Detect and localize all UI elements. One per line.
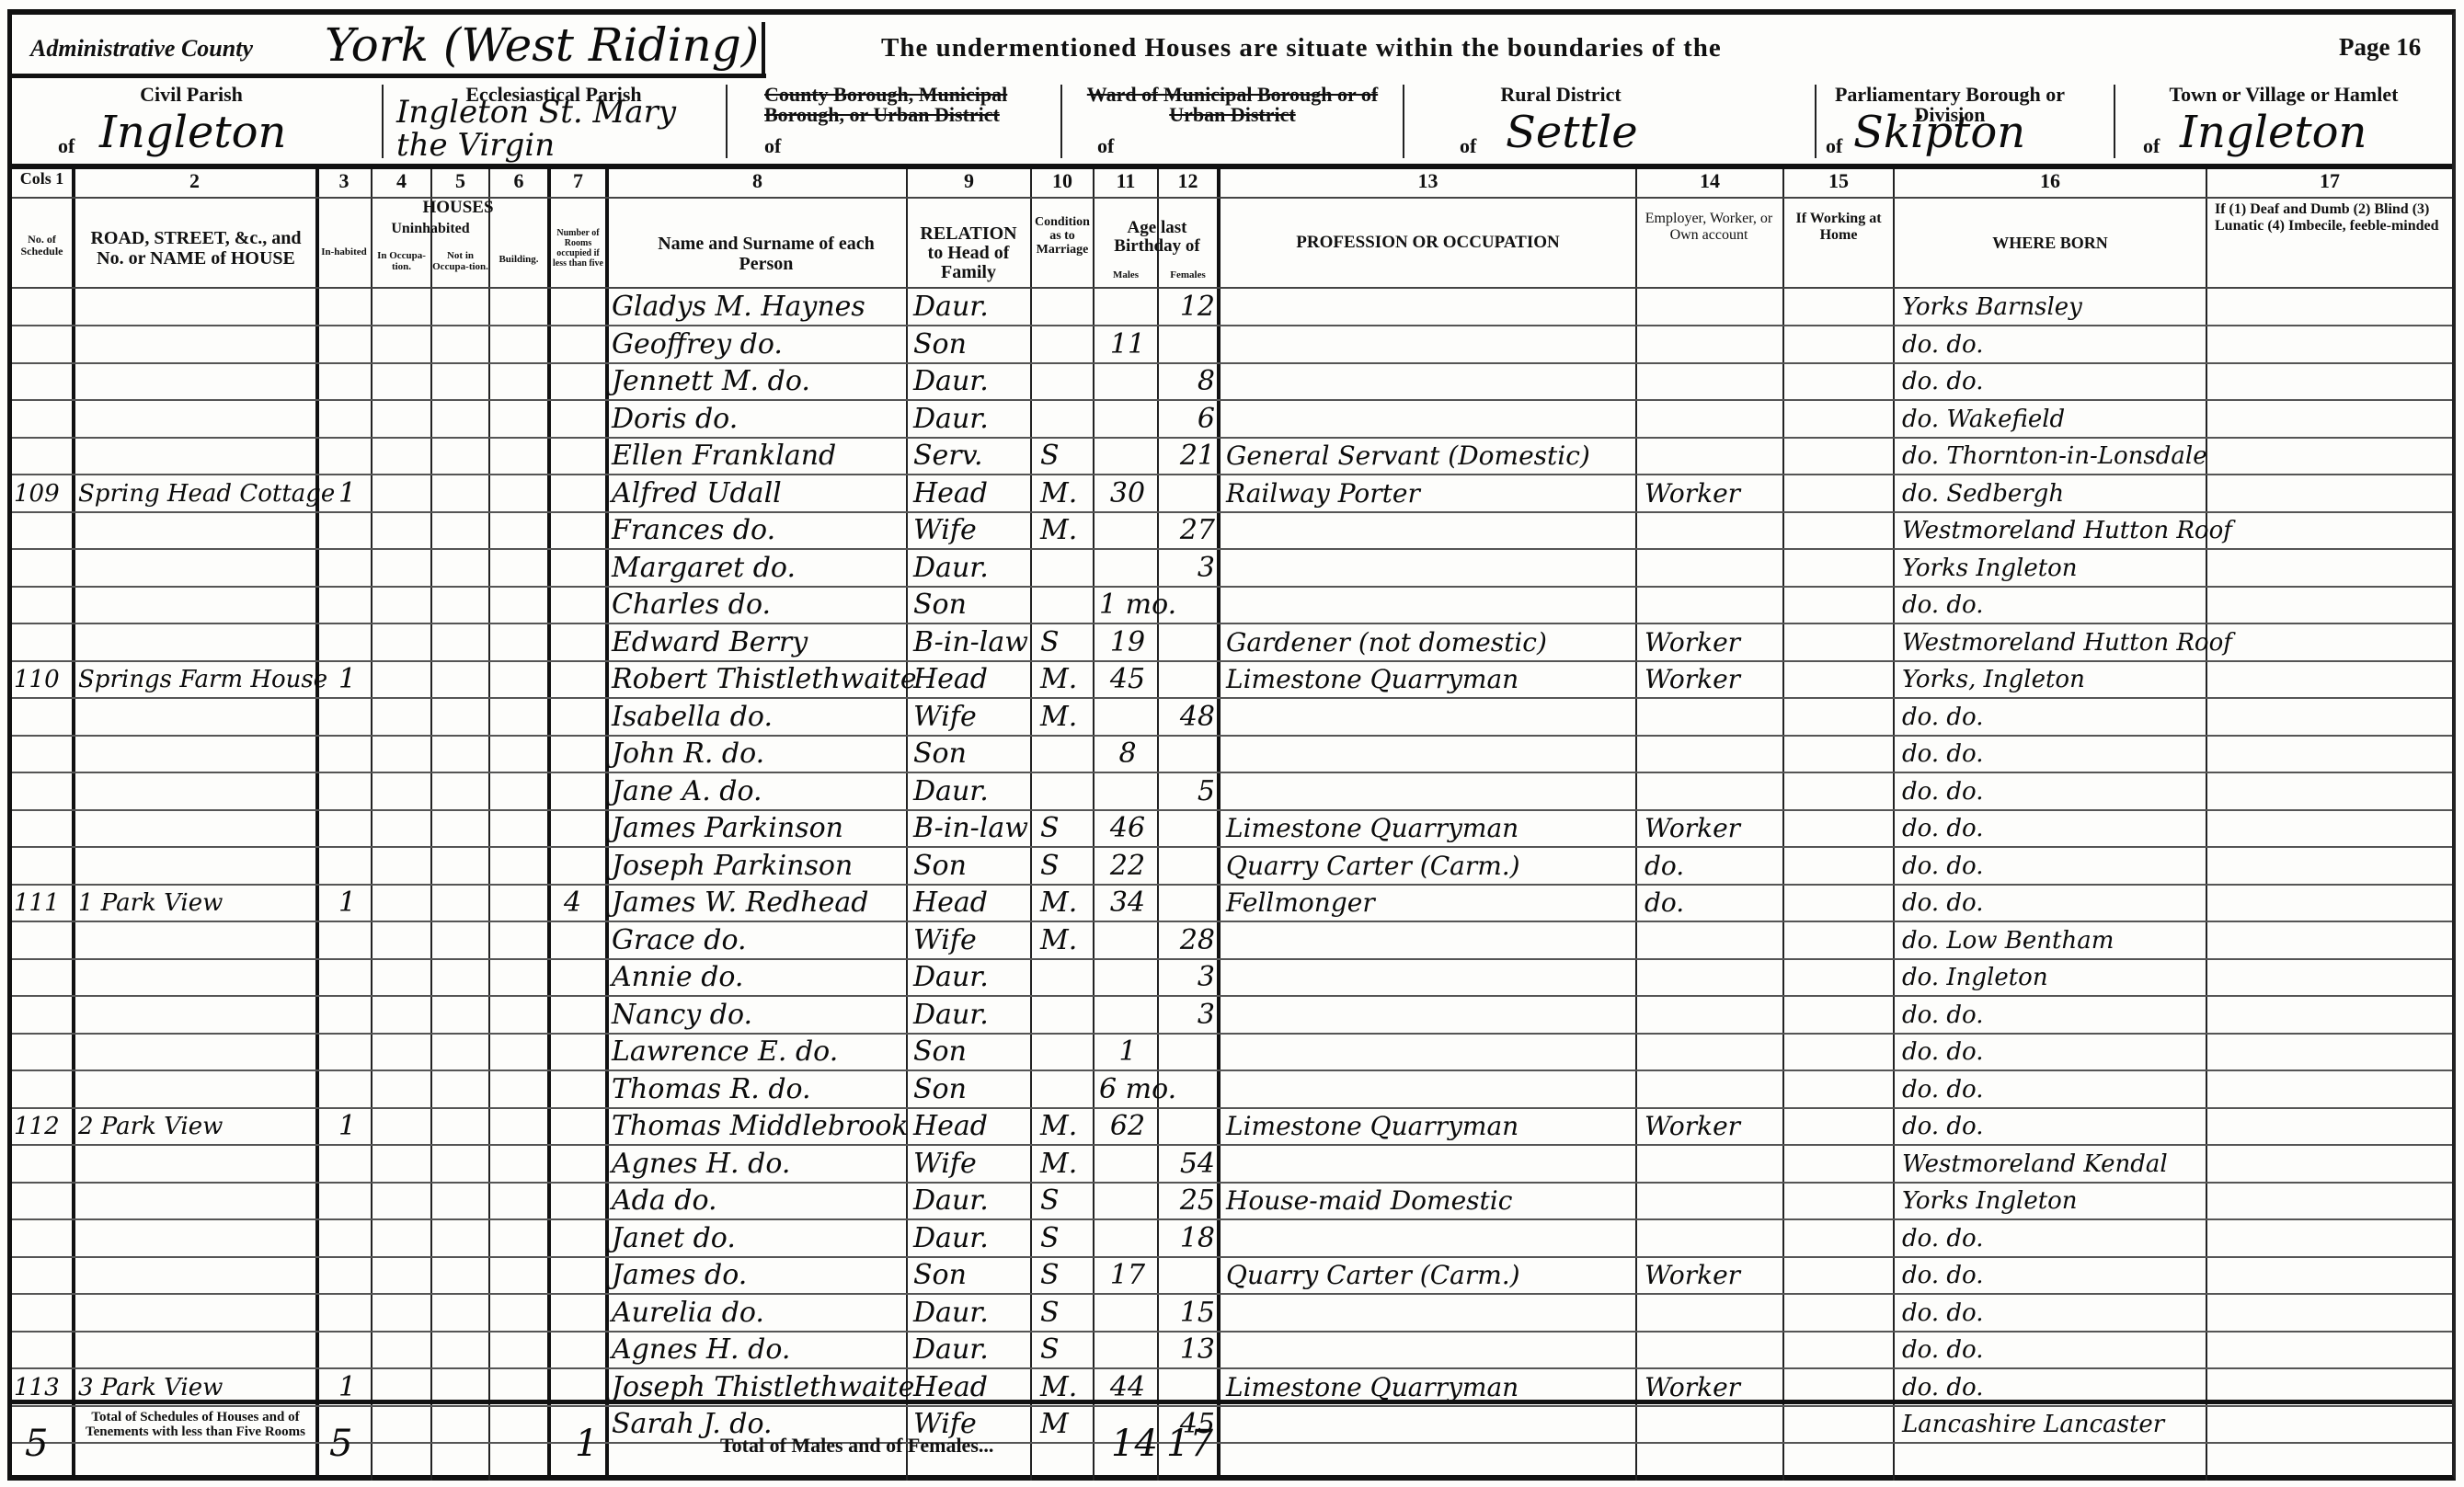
divider: [762, 22, 765, 77]
header-houses: HOUSES: [371, 199, 545, 217]
birthplace: Westmoreland Hutton Roof: [1902, 626, 2204, 659]
birthplace: do. do.: [1902, 850, 2204, 883]
person-name: Aurelia do.: [612, 1297, 904, 1330]
relation: B-in-law: [913, 812, 1028, 845]
table-row: Jane A. do. Daur. 5 do. do.: [12, 773, 2452, 811]
person-name: Agnes H. do.: [612, 1333, 904, 1367]
header-males: Males: [1094, 266, 1157, 284]
employment-status: Worker: [1645, 1110, 1781, 1143]
header-females: Females: [1159, 266, 1217, 284]
table-row: Ellen Frankland Serv. S 21 General Serva…: [12, 438, 2452, 475]
birthplace: do. do.: [1902, 1259, 2204, 1292]
marital-condition: M.: [1040, 924, 1091, 957]
relation: Daur.: [913, 291, 1028, 324]
table-row: James Parkinson B-in-law S 46 Limestone …: [12, 810, 2452, 848]
table-row: John R. do. Son 8 do. do.: [12, 736, 2452, 773]
marital-condition: S: [1040, 812, 1091, 845]
column-number: 4: [372, 169, 430, 193]
person-name: Margaret do.: [612, 552, 904, 585]
area-prefix: of: [1460, 134, 1476, 158]
marital-condition: S: [1040, 440, 1091, 473]
county-borough: County Borough, Municipal Borough, or Ur…: [728, 75, 1031, 164]
female-age: 8: [1162, 365, 1215, 398]
relation: Head: [913, 1110, 1028, 1143]
total-males: 14: [1111, 1423, 1158, 1465]
relation: Daur.: [913, 1297, 1028, 1330]
birthplace: do. do.: [1902, 812, 2204, 845]
relation: Daur.: [913, 775, 1028, 808]
inhabited-count: 1: [338, 1110, 366, 1143]
column-number: 13: [1221, 169, 1635, 193]
occupation: Limestone Quarryman: [1226, 663, 1631, 696]
admin-county-line: Administrative County York (West Riding): [12, 15, 766, 78]
marital-condition: M.: [1040, 1110, 1091, 1143]
header-condition: Condition as to Marriage: [1032, 215, 1093, 257]
employment-status: Worker: [1645, 812, 1781, 845]
female-age: 3: [1162, 552, 1215, 585]
inhabited-count: 1: [338, 477, 366, 510]
area-title: Civil Parish: [12, 85, 371, 105]
table-row: Charles do. Son 1 mo. do. do.: [12, 587, 2452, 624]
relation: Wife: [913, 514, 1028, 547]
marital-condition: M.: [1040, 1148, 1091, 1181]
area-value: Ingleton: [99, 107, 286, 158]
area-prefix: of: [764, 134, 781, 158]
person-name: Frances do.: [612, 514, 904, 547]
relation: Daur.: [913, 999, 1028, 1032]
relation: Son: [913, 738, 1028, 771]
schedule-number: 109: [14, 477, 69, 510]
occupation: Limestone Quarryman: [1226, 1110, 1631, 1143]
person-name: Ada do.: [612, 1184, 904, 1218]
area-value: Skipton: [1853, 107, 2025, 158]
column-number: 8: [609, 169, 906, 193]
person-name: Robert Thistlethwaite: [612, 663, 904, 696]
area-boundaries: Civil Parish of Ingleton Ecclesiastical …: [12, 75, 2452, 169]
person-name: Lawrence E. do.: [612, 1035, 904, 1069]
header-schedule: No. of Schedule: [12, 234, 72, 257]
birthplace: Yorks Barnsley: [1902, 291, 2204, 324]
column-number: 9: [908, 169, 1030, 193]
table-row: Margaret do. Daur. 3 Yorks Ingleton: [12, 550, 2452, 588]
marital-condition: M.: [1040, 886, 1091, 920]
table-row: Jennett M. do. Daur. 8 do. do.: [12, 363, 2452, 401]
relation: Wife: [913, 924, 1028, 957]
column-number: 3: [317, 169, 371, 193]
occupation: Limestone Quarryman: [1226, 812, 1631, 845]
relation: Daur.: [913, 1184, 1028, 1218]
marital-condition: M.: [1040, 701, 1091, 734]
ecclesiastical-parish: Ecclesiastical Parish Ingleton St. Mary …: [384, 75, 724, 164]
column-number: 16: [1895, 169, 2206, 193]
male-age: 30: [1099, 477, 1156, 510]
census-table: Cols 1 2 3 4 5 6 7 8 9 10 11 12 13 14 15…: [12, 169, 2452, 1481]
relation: B-in-law: [913, 626, 1028, 659]
occupation: Gardener (not domestic): [1226, 626, 1631, 659]
marital-condition: S: [1040, 1184, 1091, 1218]
relation: Head: [913, 477, 1028, 510]
birthplace: do. Low Bentham: [1902, 924, 2204, 957]
boundary-notice: The undermentioned Houses are situate wi…: [881, 33, 1722, 63]
table-row: 110 Springs Farm House 1 Robert Thistlet…: [12, 661, 2452, 699]
admin-county-label: Administrative County: [30, 35, 253, 63]
header-in-occupation: In Occupa-tion.: [372, 250, 430, 272]
area-value: Settle: [1506, 107, 1638, 158]
house-address: Spring Head Cottage: [78, 477, 313, 510]
occupation: Railway Porter: [1226, 477, 1631, 510]
birthplace: do. do.: [1902, 1333, 2204, 1367]
column-number: 14: [1637, 169, 1782, 193]
person-name: Isabella do.: [612, 701, 904, 734]
column-number: 10: [1032, 169, 1093, 193]
occupation: General Servant (Domestic): [1226, 440, 1631, 473]
relation: Son: [913, 328, 1028, 361]
header-not-in-occupation: Not in Occupa-tion.: [432, 250, 488, 272]
birthplace: Yorks Ingleton: [1902, 552, 2204, 585]
female-age: 48: [1162, 701, 1215, 734]
female-age: 6: [1162, 403, 1215, 436]
header-at-home: If Working at Home: [1787, 211, 1890, 244]
area-prefix: of: [2143, 134, 2160, 158]
header-relation: RELATION to Head of Family: [913, 224, 1024, 282]
total-inhabited: 5: [329, 1423, 352, 1465]
birthplace: Westmoreland Hutton Roof: [1902, 514, 2204, 547]
person-name: Agnes H. do.: [612, 1148, 904, 1181]
birthplace: Yorks Ingleton: [1902, 1184, 2204, 1218]
rooms-count: 4: [564, 886, 601, 920]
male-age: 17: [1099, 1259, 1156, 1292]
person-name: Grace do.: [612, 924, 904, 957]
relation: Daur.: [913, 552, 1028, 585]
relation: Head: [913, 663, 1028, 696]
census-page: Administrative County York (West Riding)…: [7, 9, 2456, 1481]
relation: Daur.: [913, 365, 1028, 398]
person-name: Nancy do.: [612, 999, 904, 1032]
occupation: Fellmonger: [1226, 886, 1631, 920]
area-value: Ingleton: [2180, 107, 2367, 158]
female-age: 13: [1162, 1333, 1215, 1367]
ward: Ward of Municipal Borough or of Urban Di…: [1062, 75, 1403, 164]
relation: Son: [913, 1035, 1028, 1069]
male-age: 11: [1099, 328, 1156, 361]
male-age: 1 mo.: [1099, 589, 1156, 622]
female-age: 21: [1162, 440, 1215, 473]
occupation: Quarry Carter (Carm.): [1226, 850, 1631, 883]
birthplace: do. do.: [1902, 589, 2204, 622]
birthplace: do. do.: [1902, 328, 2204, 361]
relation: Wife: [913, 1148, 1028, 1181]
person-name: Janet do.: [612, 1222, 904, 1255]
area-prefix: of: [1097, 134, 1114, 158]
header-infirmity: If (1) Deaf and Dumb (2) Blind (3) Lunat…: [2215, 201, 2445, 234]
person-name: Annie do.: [612, 961, 904, 994]
female-age: 28: [1162, 924, 1215, 957]
town-village: Town or Village or Hamlet of Ingleton: [2115, 75, 2452, 164]
header-uninhabited: Uninhabited: [372, 220, 488, 238]
table-row: Agnes H. do. Daur. S 13 do. do.: [12, 1332, 2452, 1369]
area-title: Ward of Municipal Borough or of Urban Di…: [1062, 85, 1403, 125]
table-row: Nancy do. Daur. 3 do. do.: [12, 997, 2452, 1035]
column-number: 17: [2207, 169, 2452, 193]
table-row: 112 2 Park View 1 Thomas Middlebrook Hea…: [12, 1108, 2452, 1146]
occupation: House-maid Domestic: [1226, 1184, 1631, 1218]
person-name: Ellen Frankland: [612, 440, 904, 473]
employment-status: do.: [1645, 886, 1781, 920]
employment-status: do.: [1645, 850, 1781, 883]
table-row: 111 1 Park View 1 4 James W. Redhead Hea…: [12, 885, 2452, 922]
admin-county-value: York (West Riding): [325, 18, 759, 72]
occupation: Quarry Carter (Carm.): [1226, 1259, 1631, 1292]
male-age: 34: [1099, 886, 1156, 920]
marital-condition: M.: [1040, 514, 1091, 547]
total-schedules: 5: [25, 1423, 48, 1465]
person-name: Thomas Middlebrook: [612, 1110, 904, 1143]
birthplace: Westmoreland Kendal: [1902, 1148, 2204, 1181]
male-age: 62: [1099, 1110, 1156, 1143]
male-age: 22: [1099, 850, 1156, 883]
marital-condition: S: [1040, 850, 1091, 883]
male-age: 45: [1099, 663, 1156, 696]
person-name: John R. do.: [612, 738, 904, 771]
header-building: Building.: [490, 250, 547, 269]
birthplace: do. Thornton-in-Lonsdale: [1902, 440, 2204, 473]
civil-parish: Civil Parish of Ingleton: [12, 75, 371, 164]
area-value: Ingleton St. Mary the Virgin: [396, 96, 718, 162]
relation: Daur.: [913, 403, 1028, 436]
table-row: Geoffrey do. Son 11 do. do.: [12, 326, 2452, 364]
person-name: Edward Berry: [612, 626, 904, 659]
relation: Son: [913, 1073, 1028, 1106]
table-row: Annie do. Daur. 3 do. Ingleton: [12, 959, 2452, 997]
table-row: Thomas R. do. Son 6 mo. do. do.: [12, 1071, 2452, 1109]
female-age: 15: [1162, 1297, 1215, 1330]
header-occupation: PROFESSION OR OCCUPATION: [1221, 234, 1635, 252]
table-row: Lawrence E. do. Son 1 do. do.: [12, 1034, 2452, 1071]
table-row: James do. Son S 17 Quarry Carter (Carm.)…: [12, 1257, 2452, 1295]
area-title: Rural District: [1404, 85, 1717, 105]
birthplace: do. do.: [1902, 1035, 2204, 1069]
header-inhabited: In-habited: [317, 246, 371, 257]
table-row: Janet do. Daur. S 18 do. do.: [12, 1220, 2452, 1258]
table-row: Agnes H. do. Wife M. 54 Westmoreland Ken…: [12, 1146, 2452, 1184]
marital-condition: S: [1040, 1297, 1091, 1330]
person-name: Alfred Udall: [612, 477, 904, 510]
inhabited-count: 1: [338, 663, 366, 696]
column-number: Cols 1: [12, 169, 72, 189]
schedule-number: 110: [14, 663, 69, 696]
birthplace: do. Wakefield: [1902, 403, 2204, 436]
birthplace: do. do.: [1902, 999, 2204, 1032]
relation: Daur.: [913, 1333, 1028, 1367]
person-name: James W. Redhead: [612, 886, 904, 920]
birthplace: Yorks, Ingleton: [1902, 663, 2204, 696]
table-row: Frances do. Wife M. 27 Westmoreland Hutt…: [12, 512, 2452, 550]
birthplace: do. do.: [1902, 775, 2204, 808]
header-road: ROAD, STREET, &c., and No. or NAME of HO…: [86, 228, 306, 269]
person-name: Jennett M. do.: [612, 365, 904, 398]
marital-condition: S: [1040, 1259, 1091, 1292]
female-age: 12: [1162, 291, 1215, 324]
employment-status: Worker: [1645, 477, 1781, 510]
marital-condition: M.: [1040, 663, 1091, 696]
male-age: 1: [1099, 1035, 1156, 1069]
totals-persons-label: Total of Males and of Females...: [720, 1434, 993, 1458]
table-row: Grace do. Wife M. 28 do. Low Bentham: [12, 922, 2452, 960]
total-rooms: 1: [575, 1423, 598, 1465]
person-name: James do.: [612, 1259, 904, 1292]
employment-status: Worker: [1645, 626, 1781, 659]
schedule-number: 112: [14, 1110, 69, 1143]
relation: Son: [913, 1259, 1028, 1292]
area-prefix: of: [58, 134, 74, 158]
person-name: Doris do.: [612, 403, 904, 436]
female-age: 27: [1162, 514, 1215, 547]
relation: Son: [913, 589, 1028, 622]
inhabited-count: 1: [338, 886, 366, 920]
person-name: James Parkinson: [612, 812, 904, 845]
area-prefix: of: [1826, 134, 1842, 158]
area-title: County Borough, Municipal Borough, or Ur…: [764, 85, 1040, 125]
column-number: 6: [490, 169, 547, 193]
relation: Wife: [913, 701, 1028, 734]
person-name: Thomas R. do.: [612, 1073, 904, 1106]
column-number: 7: [551, 169, 605, 193]
relation: Serv.: [913, 440, 1028, 473]
person-name: Charles do.: [612, 589, 904, 622]
column-number: 12: [1159, 169, 1217, 193]
marital-condition: S: [1040, 1333, 1091, 1367]
header-rooms: Number of Rooms occupied if less than fi…: [551, 228, 605, 269]
house-address: 2 Park View: [78, 1110, 313, 1143]
birthplace: do. do.: [1902, 1297, 2204, 1330]
relation: Son: [913, 850, 1028, 883]
relation: Daur.: [913, 1222, 1028, 1255]
female-age: 18: [1162, 1222, 1215, 1255]
schedule-number: 111: [14, 886, 69, 920]
person-name: Joseph Parkinson: [612, 850, 904, 883]
table-row: Doris do. Daur. 6 do. Wakefield: [12, 401, 2452, 439]
birthplace: do. do.: [1902, 738, 2204, 771]
female-age: 3: [1162, 961, 1215, 994]
person-name: Gladys M. Haynes: [612, 291, 904, 324]
header-employer: Employer, Worker, or Own account: [1640, 211, 1778, 244]
column-number: 15: [1784, 169, 1893, 193]
table-row: Gladys M. Haynes Daur. 12 Yorks Barnsley: [12, 289, 2452, 326]
marital-condition: S: [1040, 626, 1091, 659]
relation: Daur.: [913, 961, 1028, 994]
person-name: Jane A. do.: [612, 775, 904, 808]
birthplace: do. do.: [1902, 1222, 2204, 1255]
birthplace: do. do.: [1902, 1073, 2204, 1106]
male-age: 46: [1099, 812, 1156, 845]
house-address: 1 Park View: [78, 886, 313, 920]
male-age: 6 mo.: [1099, 1073, 1156, 1106]
birthplace: do. do.: [1902, 701, 2204, 734]
female-age: 54: [1162, 1148, 1215, 1181]
totals-schedules-label: Total of Schedules of Houses and of Tene…: [78, 1410, 313, 1439]
house-address: Springs Farm House: [78, 663, 313, 696]
column-number: 5: [432, 169, 488, 193]
totals-row: 5 Total of Schedules of Houses and of Te…: [12, 1400, 2452, 1483]
area-title: Town or Village or Hamlet: [2115, 85, 2452, 105]
birthplace: do. Sedbergh: [1902, 477, 2204, 510]
header-name: Name and Surname of each Person: [656, 234, 877, 274]
male-age: 19: [1099, 626, 1156, 659]
birthplace: do. do.: [1902, 365, 2204, 398]
person-name: Geoffrey do.: [612, 328, 904, 361]
marital-condition: S: [1040, 1222, 1091, 1255]
parliamentary-division: Parliamentary Borough or Division of Ski…: [1816, 75, 2083, 164]
female-age: 3: [1162, 999, 1215, 1032]
male-age: 8: [1099, 738, 1156, 771]
birthplace: do. Ingleton: [1902, 961, 2204, 994]
page-number: Page 16: [2339, 33, 2421, 62]
employment-status: Worker: [1645, 1259, 1781, 1292]
birthplace: do. do.: [1902, 1110, 2204, 1143]
table-row: Ada do. Daur. S 25 House-maid Domestic Y…: [12, 1183, 2452, 1220]
female-age: 25: [1162, 1184, 1215, 1218]
rural-district: Rural District of Settle: [1404, 75, 1717, 164]
birthplace: do. do.: [1902, 886, 2204, 920]
column-number: 11: [1094, 169, 1157, 193]
table-row: Isabella do. Wife M. 48 do. do.: [12, 699, 2452, 737]
header-age: Age last Birthday of: [1097, 219, 1217, 256]
table-row: Aurelia do. Daur. S 15 do. do.: [12, 1295, 2452, 1333]
total-females: 17: [1166, 1423, 1213, 1465]
table-row: Edward Berry B-in-law S 19 Gardener (not…: [12, 624, 2452, 662]
marital-condition: M.: [1040, 477, 1091, 510]
header-where-born: WHERE BORN: [1895, 234, 2206, 252]
relation: Head: [913, 886, 1028, 920]
table-row: Joseph Parkinson Son S 22 Quarry Carter …: [12, 848, 2452, 886]
table-row: 109 Spring Head Cottage 1 Alfred Udall H…: [12, 475, 2452, 513]
column-number: 2: [74, 169, 315, 193]
female-age: 5: [1162, 775, 1215, 808]
employment-status: Worker: [1645, 663, 1781, 696]
